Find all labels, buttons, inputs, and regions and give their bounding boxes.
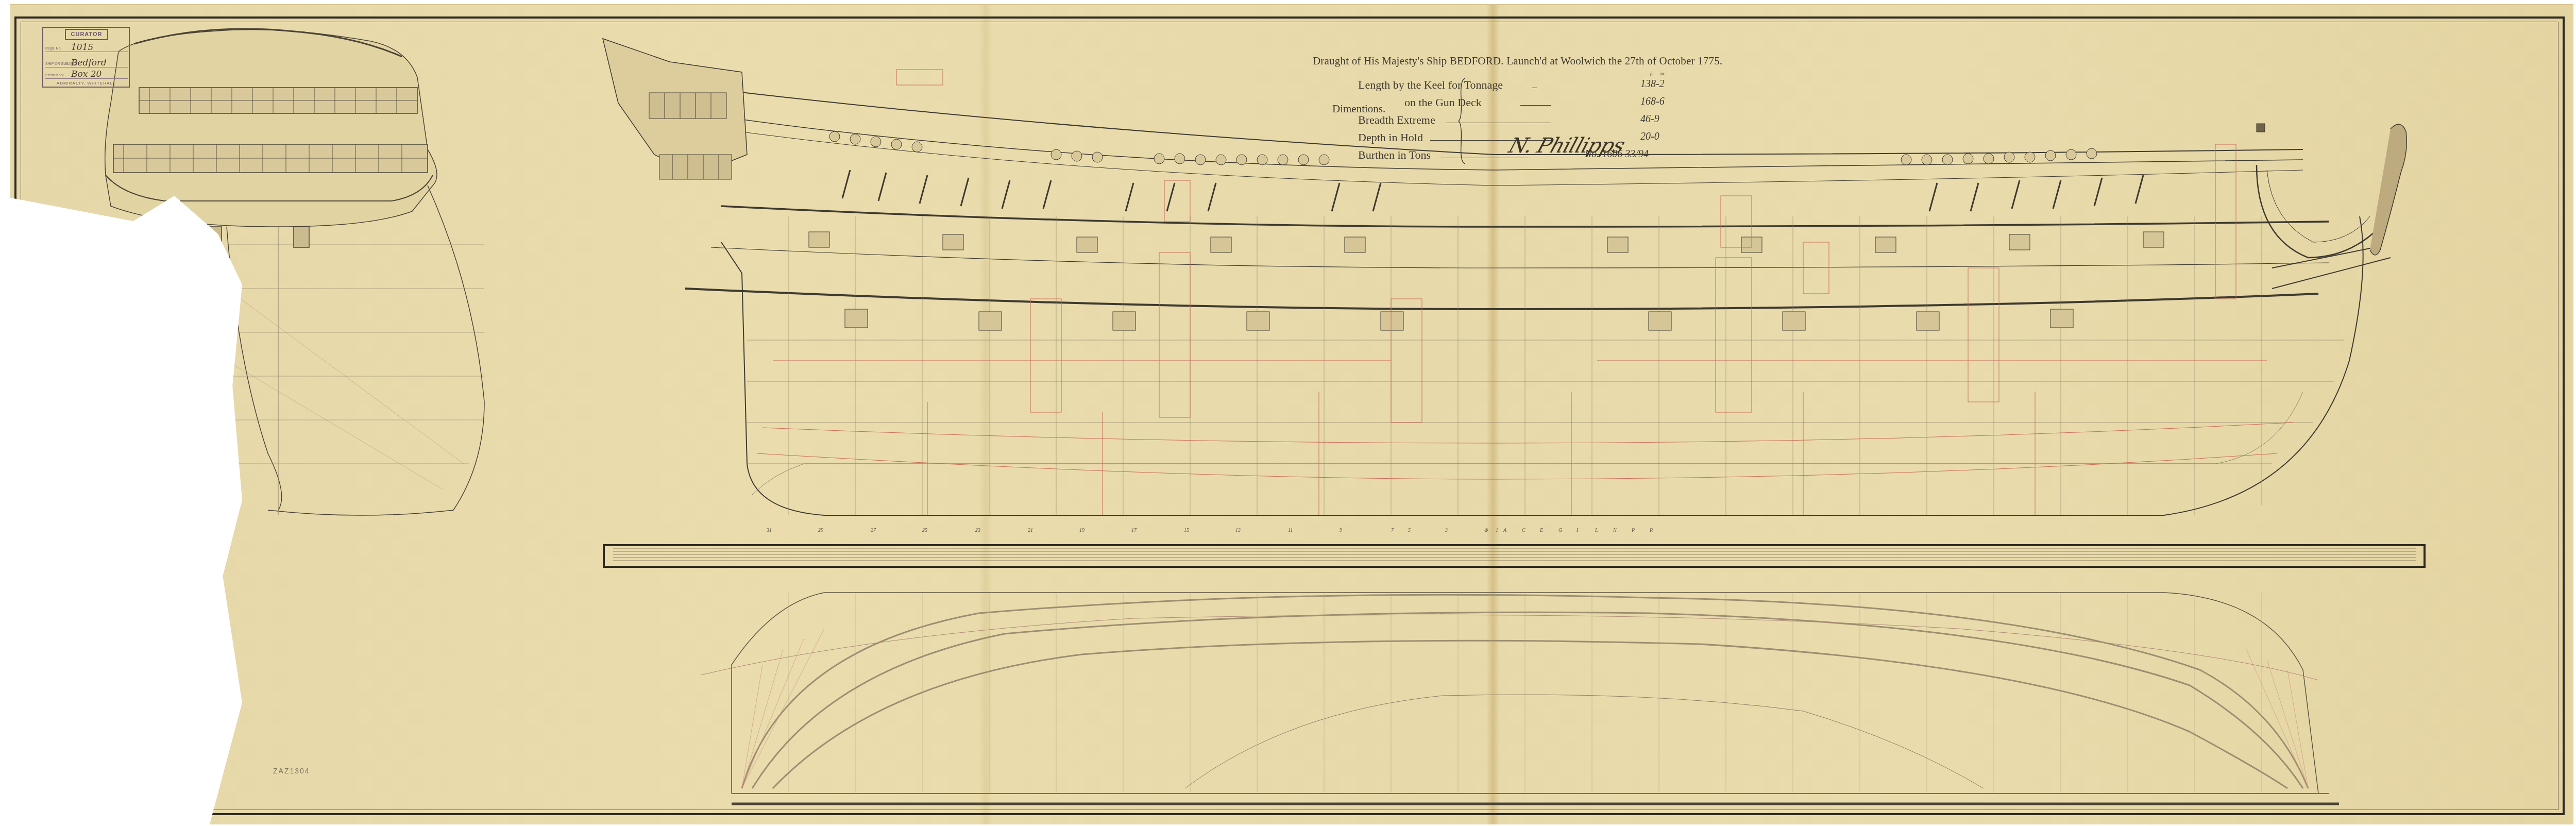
dimension-row: Breadth Extreme 46-9 <box>1358 113 1688 127</box>
stamp-footer: ADMIRALTY, WHITEHALL <box>43 81 129 86</box>
curator-stamp: CURATOR Regd. No. 1015 SHIP OR SUBJECT B… <box>42 27 130 88</box>
station-label: ⊕ <box>1484 528 1488 533</box>
dimension-value: 46-9 <box>1640 113 1659 125</box>
pencil-reference-note: ZAZ1304 <box>273 767 310 775</box>
station-label: 11 <box>1288 528 1293 533</box>
station-label: I <box>1577 528 1578 533</box>
station-label: 9 <box>1340 528 1342 533</box>
dimension-row: Length by the Keel for Tonnage 138-2 <box>1358 78 1688 92</box>
station-label: P <box>1632 528 1635 533</box>
stamp-row-ship: SHIP OR SUBJECT Bedford <box>45 54 128 68</box>
signature: N. Phillipps <box>1506 134 1628 158</box>
station-label: 27 <box>871 528 876 533</box>
station-label: C <box>1522 528 1526 533</box>
draught-title: Draught of His Majesty's Ship BEDFORD. L… <box>1313 55 1722 68</box>
stamp-value: Bedford <box>71 58 107 68</box>
station-label: L <box>1595 528 1598 533</box>
ship-draught-linework <box>0 0 2576 826</box>
dimension-label: Breadth Extreme <box>1358 113 1435 127</box>
dimension-value: 168-6 <box>1640 96 1665 108</box>
dimension-label: Length by the Keel for Tonnage <box>1358 78 1503 92</box>
dimension-label: Burthen in Tons <box>1358 148 1431 162</box>
station-label: 5 <box>1408 528 1411 533</box>
station-label: 25 <box>922 528 927 533</box>
dimension-label: Depth in Hold <box>1358 131 1423 144</box>
scale-bar <box>603 544 2426 568</box>
station-label: 3 <box>1445 528 1448 533</box>
station-label: 17 <box>1131 528 1137 533</box>
station-label: 21 <box>1028 528 1033 533</box>
station-label: 1 <box>1496 528 1498 533</box>
station-label: 19 <box>1079 528 1084 533</box>
curator-heading: CURATOR <box>65 29 108 40</box>
stamp-label: Press Mark <box>45 74 63 77</box>
station-label: 15 <box>1184 528 1189 533</box>
station-label: A <box>1503 528 1506 533</box>
half-breadth-view <box>701 593 2339 804</box>
stamp-row-press-mark: Press Mark Box 20 <box>45 68 128 79</box>
station-label: 7 <box>1391 528 1394 533</box>
dimension-value: 138-2 <box>1640 78 1665 90</box>
station-label: E <box>1540 528 1543 533</box>
station-label: 31 <box>767 528 772 533</box>
stamp-row-regd-no: Regd. No. 1015 <box>45 41 128 52</box>
stamp-value: Box 20 <box>71 69 101 79</box>
dimension-label: on the Gun Deck <box>1404 96 1482 109</box>
station-label: N <box>1613 528 1617 533</box>
station-label: 23 <box>975 528 980 533</box>
station-label: G <box>1558 528 1562 533</box>
station-label: R <box>1650 528 1653 533</box>
dimension-row: on the Gun Deck 168-6 <box>1358 96 1688 109</box>
station-label: 13 <box>1235 528 1241 533</box>
stamp-value: 1015 <box>71 42 93 53</box>
dimension-value: 20-0 <box>1640 131 1659 143</box>
stamp-label: Regd. No. <box>45 47 62 50</box>
torn-paper-region <box>0 196 242 826</box>
dimension-units: ftins <box>1650 71 1672 76</box>
station-label: 29 <box>818 528 823 533</box>
profile-view <box>603 39 2406 515</box>
